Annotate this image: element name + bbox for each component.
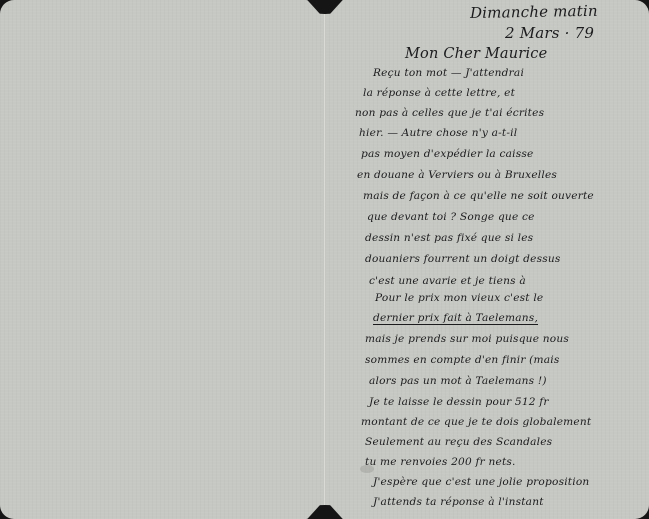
letter-line: J'attends ta réponse à l'instant [373,496,544,508]
left-page-blank [0,0,324,519]
letter-line: mais je prends sur moi puisque nous [365,333,569,345]
date-line-date: 2 Mars · 79 [505,24,594,42]
letter-line: douaniers fourrent un doigt dessus [365,253,561,265]
letter-line: dernier prix fait à Taelemans, [373,312,538,324]
letter-line: en douane à Verviers ou à Bruxelles [357,169,557,181]
letter-line: pas moyen d'expédier la caisse [361,148,533,160]
page-fold-crease [323,0,326,519]
salutation: Mon Cher Maurice [405,46,547,62]
date-year: · 79 [565,24,594,42]
letter-line: c'est une avarie et je tiens à [369,275,526,287]
letter-line: montant de ce que je te dois globalement [361,416,591,428]
letter-line: dessin n'est pas fixé que si les [365,232,533,244]
date-day: 2 [505,24,515,42]
letter-line: que devant toi ? Songe que ce [367,211,535,223]
letter-line: Reçu ton mot — J'attendrai [373,67,524,79]
letter-line: la réponse à cette lettre, et [363,87,515,99]
letter-line: J'espère que c'est une jolie proposition [373,476,589,488]
letter-line: tu me renvoies 200 fr nets. [365,456,516,468]
letter-line: mais de façon à ce qu'elle ne soit ouver… [363,190,594,202]
scan-background: Dimanche matin 2 Mars · 79 Mon Cher Maur… [0,0,649,519]
letter-line: Seulement au reçu des Scandales [365,436,552,448]
date-month: Mars [520,24,560,42]
letter-line: non pas à celles que je t'ai écrites [355,107,544,119]
letter-line: Je te laisse le dessin pour 512 fr [369,396,549,408]
letter-line: hier. — Autre chose n'y a-t-il [359,127,517,139]
letter-line: sommes en compte d'en finir (mais [365,354,560,366]
date-line-weekday: Dimanche matin [470,2,598,22]
letter-line: alors pas un mot à Taelemans !) [369,375,547,387]
letter-line: Pour le prix mon vieux c'est le [375,292,543,304]
